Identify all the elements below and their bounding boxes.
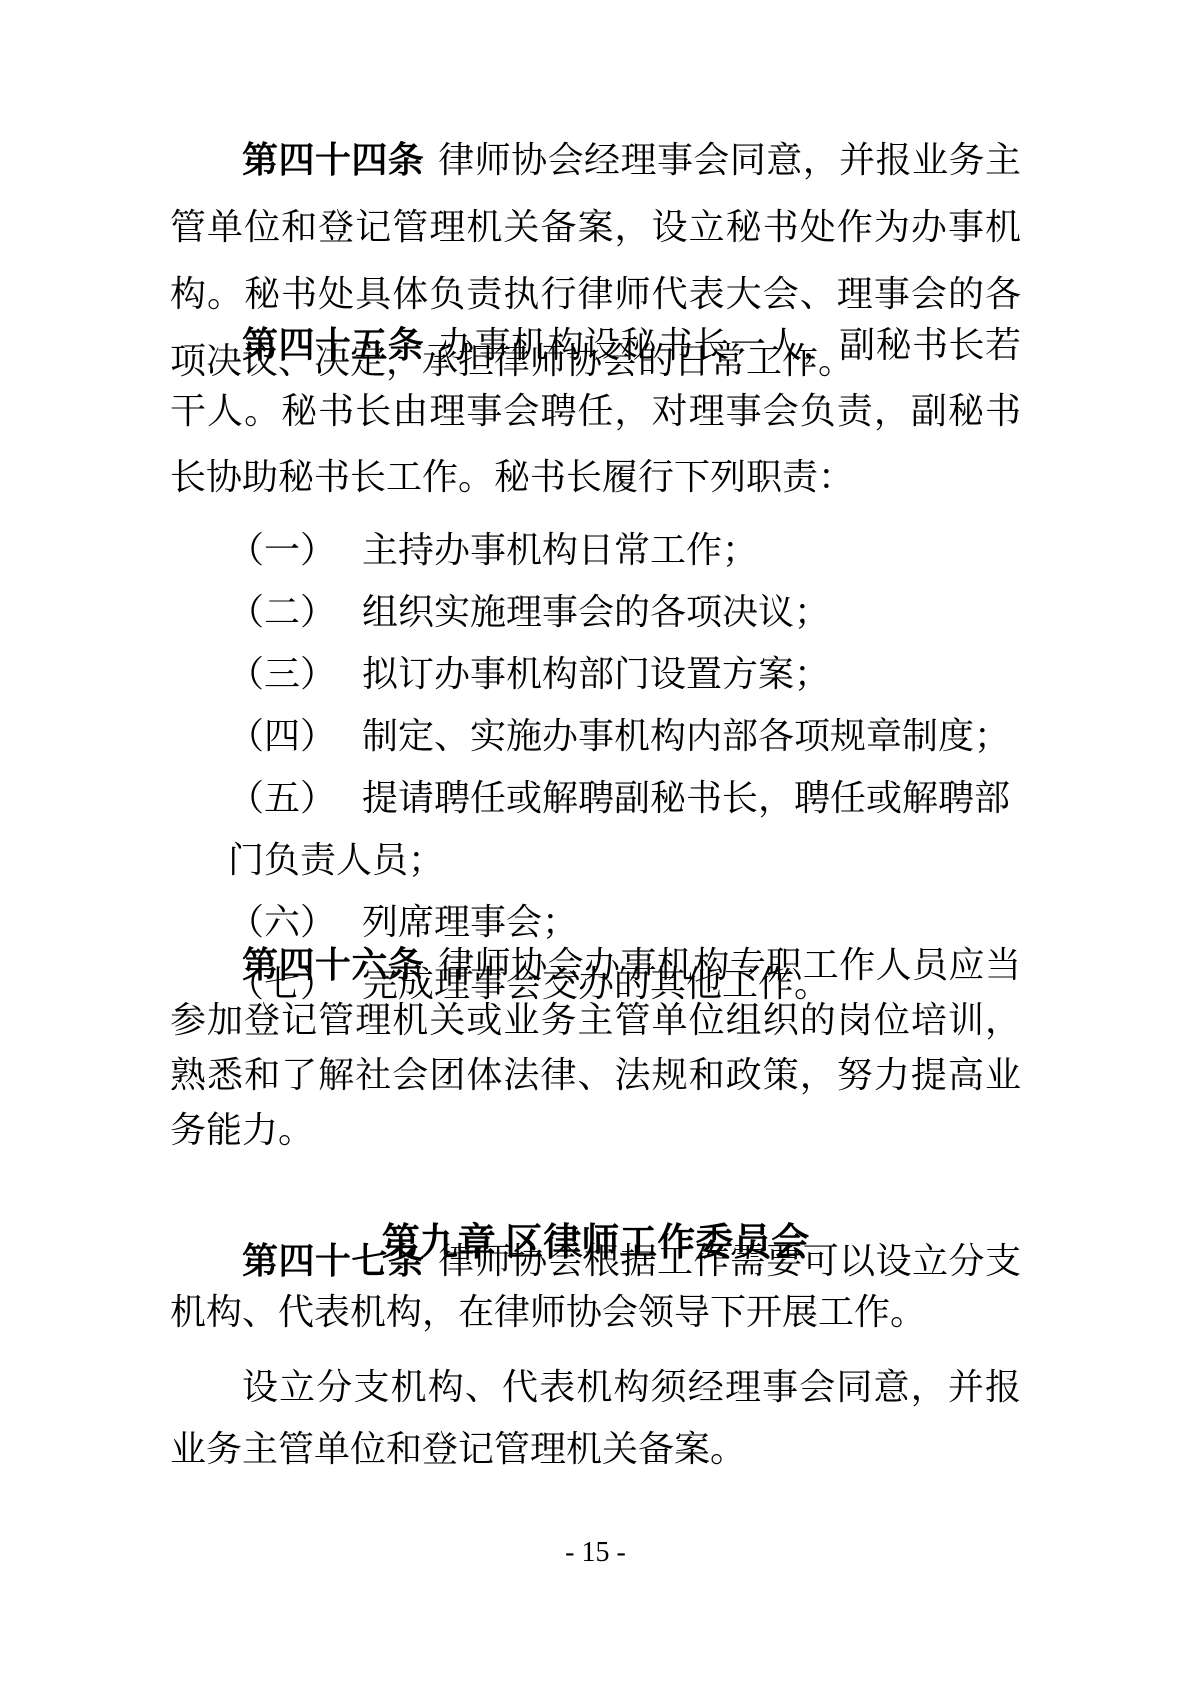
- duty-item-1-number: （一）: [228, 530, 336, 570]
- duty-item-4-text: 制定、实施办事机构内部各项规章制度；: [362, 716, 1010, 756]
- duty-item-5: （五）提请聘任或解聘副秘书长，聘任或解聘部门负责人员；: [170, 767, 1021, 891]
- article-46-paragraph: 第四十六条律师协会办事机构专职工作人员应当参加登记管理机关或业务主管单位组织的岗…: [170, 938, 1021, 1158]
- duty-item-3-text: 拟订办事机构部门设置方案；: [362, 654, 830, 694]
- article-47-number: 第四十七条: [242, 1241, 424, 1281]
- article-46-number: 第四十六条: [242, 945, 424, 985]
- article-44-number: 第四十四条: [242, 140, 424, 180]
- duty-item-5-number: （五）: [228, 778, 336, 818]
- duty-item-4: （四）制定、实施办事机构内部各项规章制度；: [170, 705, 1021, 767]
- page-number: - 15 -: [0, 1536, 1191, 1570]
- duty-item-3: （三）拟订办事机构部门设置方案；: [170, 643, 1021, 705]
- duty-item-6-number: （六）: [228, 902, 336, 942]
- closing-paragraph: 设立分支机构、代表机构须经理事会同意，并报业务主管单位和登记管理机关备案。: [170, 1356, 1021, 1480]
- document-page: 第四十四条律师协会经理事会同意，并报业务主管单位和登记管理机关备案，设立秘书处作…: [0, 0, 1191, 1684]
- duty-item-2-number: （二）: [228, 592, 336, 632]
- duty-item-6-text: 列席理事会；: [362, 902, 578, 942]
- duty-item-2: （二）组织实施理事会的各项决议；: [170, 581, 1021, 643]
- article-45-number: 第四十五条: [242, 325, 424, 365]
- duty-item-1-text: 主持办事机构日常工作；: [362, 530, 758, 570]
- article-45-paragraph: 第四十五条办事机构设秘书长一人，副秘书长若干人。秘书长由理事会聘任，对理事会负责…: [170, 312, 1021, 510]
- duty-item-2-text: 组织实施理事会的各项决议；: [362, 592, 830, 632]
- duty-item-3-number: （三）: [228, 654, 336, 694]
- duty-item-4-number: （四）: [228, 716, 336, 756]
- duty-item-1: （一）主持办事机构日常工作；: [170, 519, 1021, 581]
- duty-item-5-text: 提请聘任或解聘副秘书长，聘任或解聘部门负责人员；: [228, 778, 1010, 880]
- article-47-paragraph: 第四十七条律师协会根据工作需要可以设立分支机构、代表机构，在律师协会领导下开展工…: [170, 1236, 1021, 1338]
